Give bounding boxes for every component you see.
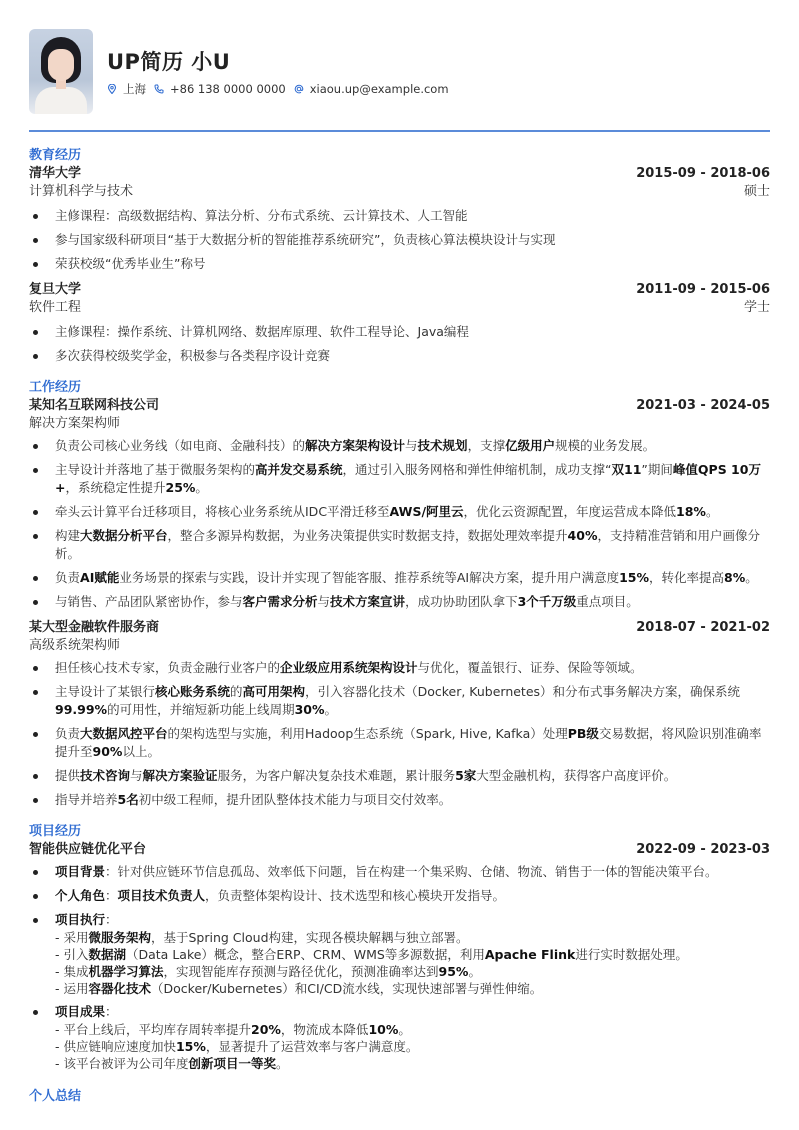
date-range: 2015-09 - 2018-06: [636, 165, 770, 183]
contact-email[interactable]: xiaou.up@example.com: [294, 82, 449, 96]
candidate-name: UP简历 小U: [107, 49, 457, 75]
bullet-list: 项目背景：针对供应链环节信息孤岛、效率低下问题，旨在构建一个集采购、仓储、物流、…: [29, 863, 770, 1072]
sub-line: - 运用容器化技术（Docker/Kubernetes）和CI/CD流水线，实现…: [55, 980, 770, 997]
email-text: xiaou.up@example.com: [310, 82, 449, 96]
work-entry: 某知名互联网科技公司 2021-03 - 2024-05 解决方案架构师 负责公…: [29, 397, 770, 611]
list-item: 提供技术咨询与解决方案验证服务，为客户解决复杂技术难题，累计服务5家大型金融机构…: [29, 767, 770, 785]
school-name: 清华大学: [29, 165, 81, 183]
list-item: 项目成果：- 平台上线后，平均库存周转率提升20%，物流成本降低10%。- 供应…: [29, 1003, 770, 1072]
resume-page: UP简历 小U 上海 +86 138 0000 0000 xiaou.up@ex…: [0, 0, 799, 1106]
list-item: 主导设计了某银行核心账务系统的高可用架构，引入容器化技术（Docker, Kub…: [29, 683, 770, 719]
sub-line: - 集成机器学习算法，实现智能库存预测与路径优化，预测准确率达到95%。: [55, 963, 770, 980]
job-role: 高级系统架构师: [29, 637, 120, 655]
sub-line: - 平台上线后，平均库存周转率提升20%，物流成本降低10%。: [55, 1021, 770, 1038]
education-entry: 清华大学 2015-09 - 2018-06 计算机科学与技术 硕士 主修课程：…: [29, 165, 770, 273]
bullet-list: 担任核心技术专家，负责金融行业客户的企业级应用系统架构设计与优化，覆盖银行、证券…: [29, 659, 770, 809]
sub-line: - 供应链响应速度加快15%，显著提升了运营效率与客户满意度。: [55, 1038, 770, 1055]
section-title: 教育经历: [29, 147, 770, 165]
resume-header: UP简历 小U 上海 +86 138 0000 0000 xiaou.up@ex…: [29, 28, 770, 114]
section-title: 个人总结: [29, 1088, 770, 1106]
date-range: 2021-03 - 2024-05: [636, 397, 770, 415]
header-info: UP简历 小U 上海 +86 138 0000 0000 xiaou.up@ex…: [107, 45, 457, 97]
list-item: 主导设计并落地了基于微服务架构的高并发交易系统，通过引入服务网格和弹性伸缩机制，…: [29, 461, 770, 497]
list-item: 荣获校级“优秀毕业生”称号: [29, 255, 770, 273]
list-item: 担任核心技术专家，负责金融行业客户的企业级应用系统架构设计与优化，覆盖银行、证券…: [29, 659, 770, 677]
list-item: 参与国家级科研项目“基于大数据分析的智能推荐系统研究”，负责核心算法模块设计与实…: [29, 231, 770, 249]
list-item: 负责公司核心业务线（如电商、金融科技）的解决方案架构设计与技术规划，支撑亿级用户…: [29, 437, 770, 455]
contact-location: 上海: [107, 81, 146, 97]
list-item: 负责大数据风控平台的架构选型与实施，利用Hadoop生态系统（Spark, Hi…: [29, 725, 770, 761]
list-item: 主修课程：高级数据结构、算法分析、分布式系统、云计算技术、人工智能: [29, 207, 770, 225]
project-entry: 智能供应链优化平台 2022-09 - 2023-03 项目背景：针对供应链环节…: [29, 841, 770, 1072]
projects-section: 项目经历 智能供应链优化平台 2022-09 - 2023-03 项目背景：针对…: [29, 823, 770, 1072]
date-range: 2011-09 - 2015-06: [636, 281, 770, 299]
date-range: 2018-07 - 2021-02: [636, 619, 770, 637]
list-item: 牵头云计算平台迁移项目，将核心业务系统从IDC平滑迁移至AWS/阿里云，优化云资…: [29, 503, 770, 521]
avatar: [29, 29, 93, 114]
major: 软件工程: [29, 299, 81, 317]
bullet-list: 主修课程：操作系统、计算机网络、数据库原理、软件工程导论、Java编程 多次获得…: [29, 323, 770, 365]
location-text: 上海: [123, 81, 146, 97]
contact-phone[interactable]: +86 138 0000 0000: [154, 82, 286, 96]
section-title: 项目经历: [29, 823, 770, 841]
project-name: 智能供应链优化平台: [29, 841, 146, 859]
education-entry: 复旦大学 2011-09 - 2015-06 软件工程 学士 主修课程：操作系统…: [29, 281, 770, 365]
list-item: 个人角色：项目技术负责人，负责整体架构设计、技术选型和核心模块开发指导。: [29, 887, 770, 905]
phone-text: +86 138 0000 0000: [170, 82, 286, 96]
sub-line: - 采用微服务架构，基于Spring Cloud构建，实现各模块解耦与独立部署。: [55, 929, 770, 946]
at-sign-icon: [294, 84, 304, 94]
list-item: 项目执行：- 采用微服务架构，基于Spring Cloud构建，实现各模块解耦与…: [29, 911, 770, 997]
list-item: 主修课程：操作系统、计算机网络、数据库原理、软件工程导论、Java编程: [29, 323, 770, 341]
list-item: 多次获得校级奖学金，积极参与各类程序设计竞赛: [29, 347, 770, 365]
work-entry: 某大型金融软件服务商 2018-07 - 2021-02 高级系统架构师 担任核…: [29, 619, 770, 809]
list-item: 与销售、产品团队紧密协作，参与客户需求分析与技术方案宣讲，成功协助团队拿下3个千…: [29, 593, 770, 611]
phone-icon: [154, 84, 164, 94]
sub-line: - 该平台被评为公司年度创新项目一等奖。: [55, 1055, 770, 1072]
degree: 学士: [744, 299, 770, 317]
bullet-list: 负责公司核心业务线（如电商、金融科技）的解决方案架构设计与技术规划，支撑亿级用户…: [29, 437, 770, 611]
job-role: 解决方案架构师: [29, 415, 120, 433]
sub-line: - 引入数据湖（Data Lake）概念，整合ERP、CRM、WMS等多源数据，…: [55, 946, 770, 963]
list-item: 负责AI赋能业务场景的探索与实践，设计并实现了智能客服、推荐系统等AI解决方案，…: [29, 569, 770, 587]
contact-row: 上海 +86 138 0000 0000 xiaou.up@example.co…: [107, 81, 457, 97]
bullet-list: 主修课程：高级数据结构、算法分析、分布式系统、云计算技术、人工智能 参与国家级科…: [29, 207, 770, 273]
degree: 硕士: [744, 183, 770, 201]
work-section: 工作经历 某知名互联网科技公司 2021-03 - 2024-05 解决方案架构…: [29, 379, 770, 809]
location-pin-icon: [107, 84, 117, 94]
major: 计算机科学与技术: [29, 183, 133, 201]
list-item: 构建大数据分析平台，整合多源异构数据，为业务决策提供实时数据支持，数据处理效率提…: [29, 527, 770, 563]
list-item: 指导并培养5名初中级工程师，提升团队整体技术能力与项目交付效率。: [29, 791, 770, 809]
header-divider: [29, 130, 770, 132]
section-title: 工作经历: [29, 379, 770, 397]
company-name: 某知名互联网科技公司: [29, 397, 159, 415]
date-range: 2022-09 - 2023-03: [636, 841, 770, 859]
summary-section: 个人总结: [29, 1088, 770, 1106]
school-name: 复旦大学: [29, 281, 81, 299]
list-item: 项目背景：针对供应链环节信息孤岛、效率低下问题，旨在构建一个集采购、仓储、物流、…: [29, 863, 770, 881]
company-name: 某大型金融软件服务商: [29, 619, 159, 637]
education-section: 教育经历 清华大学 2015-09 - 2018-06 计算机科学与技术 硕士 …: [29, 147, 770, 365]
